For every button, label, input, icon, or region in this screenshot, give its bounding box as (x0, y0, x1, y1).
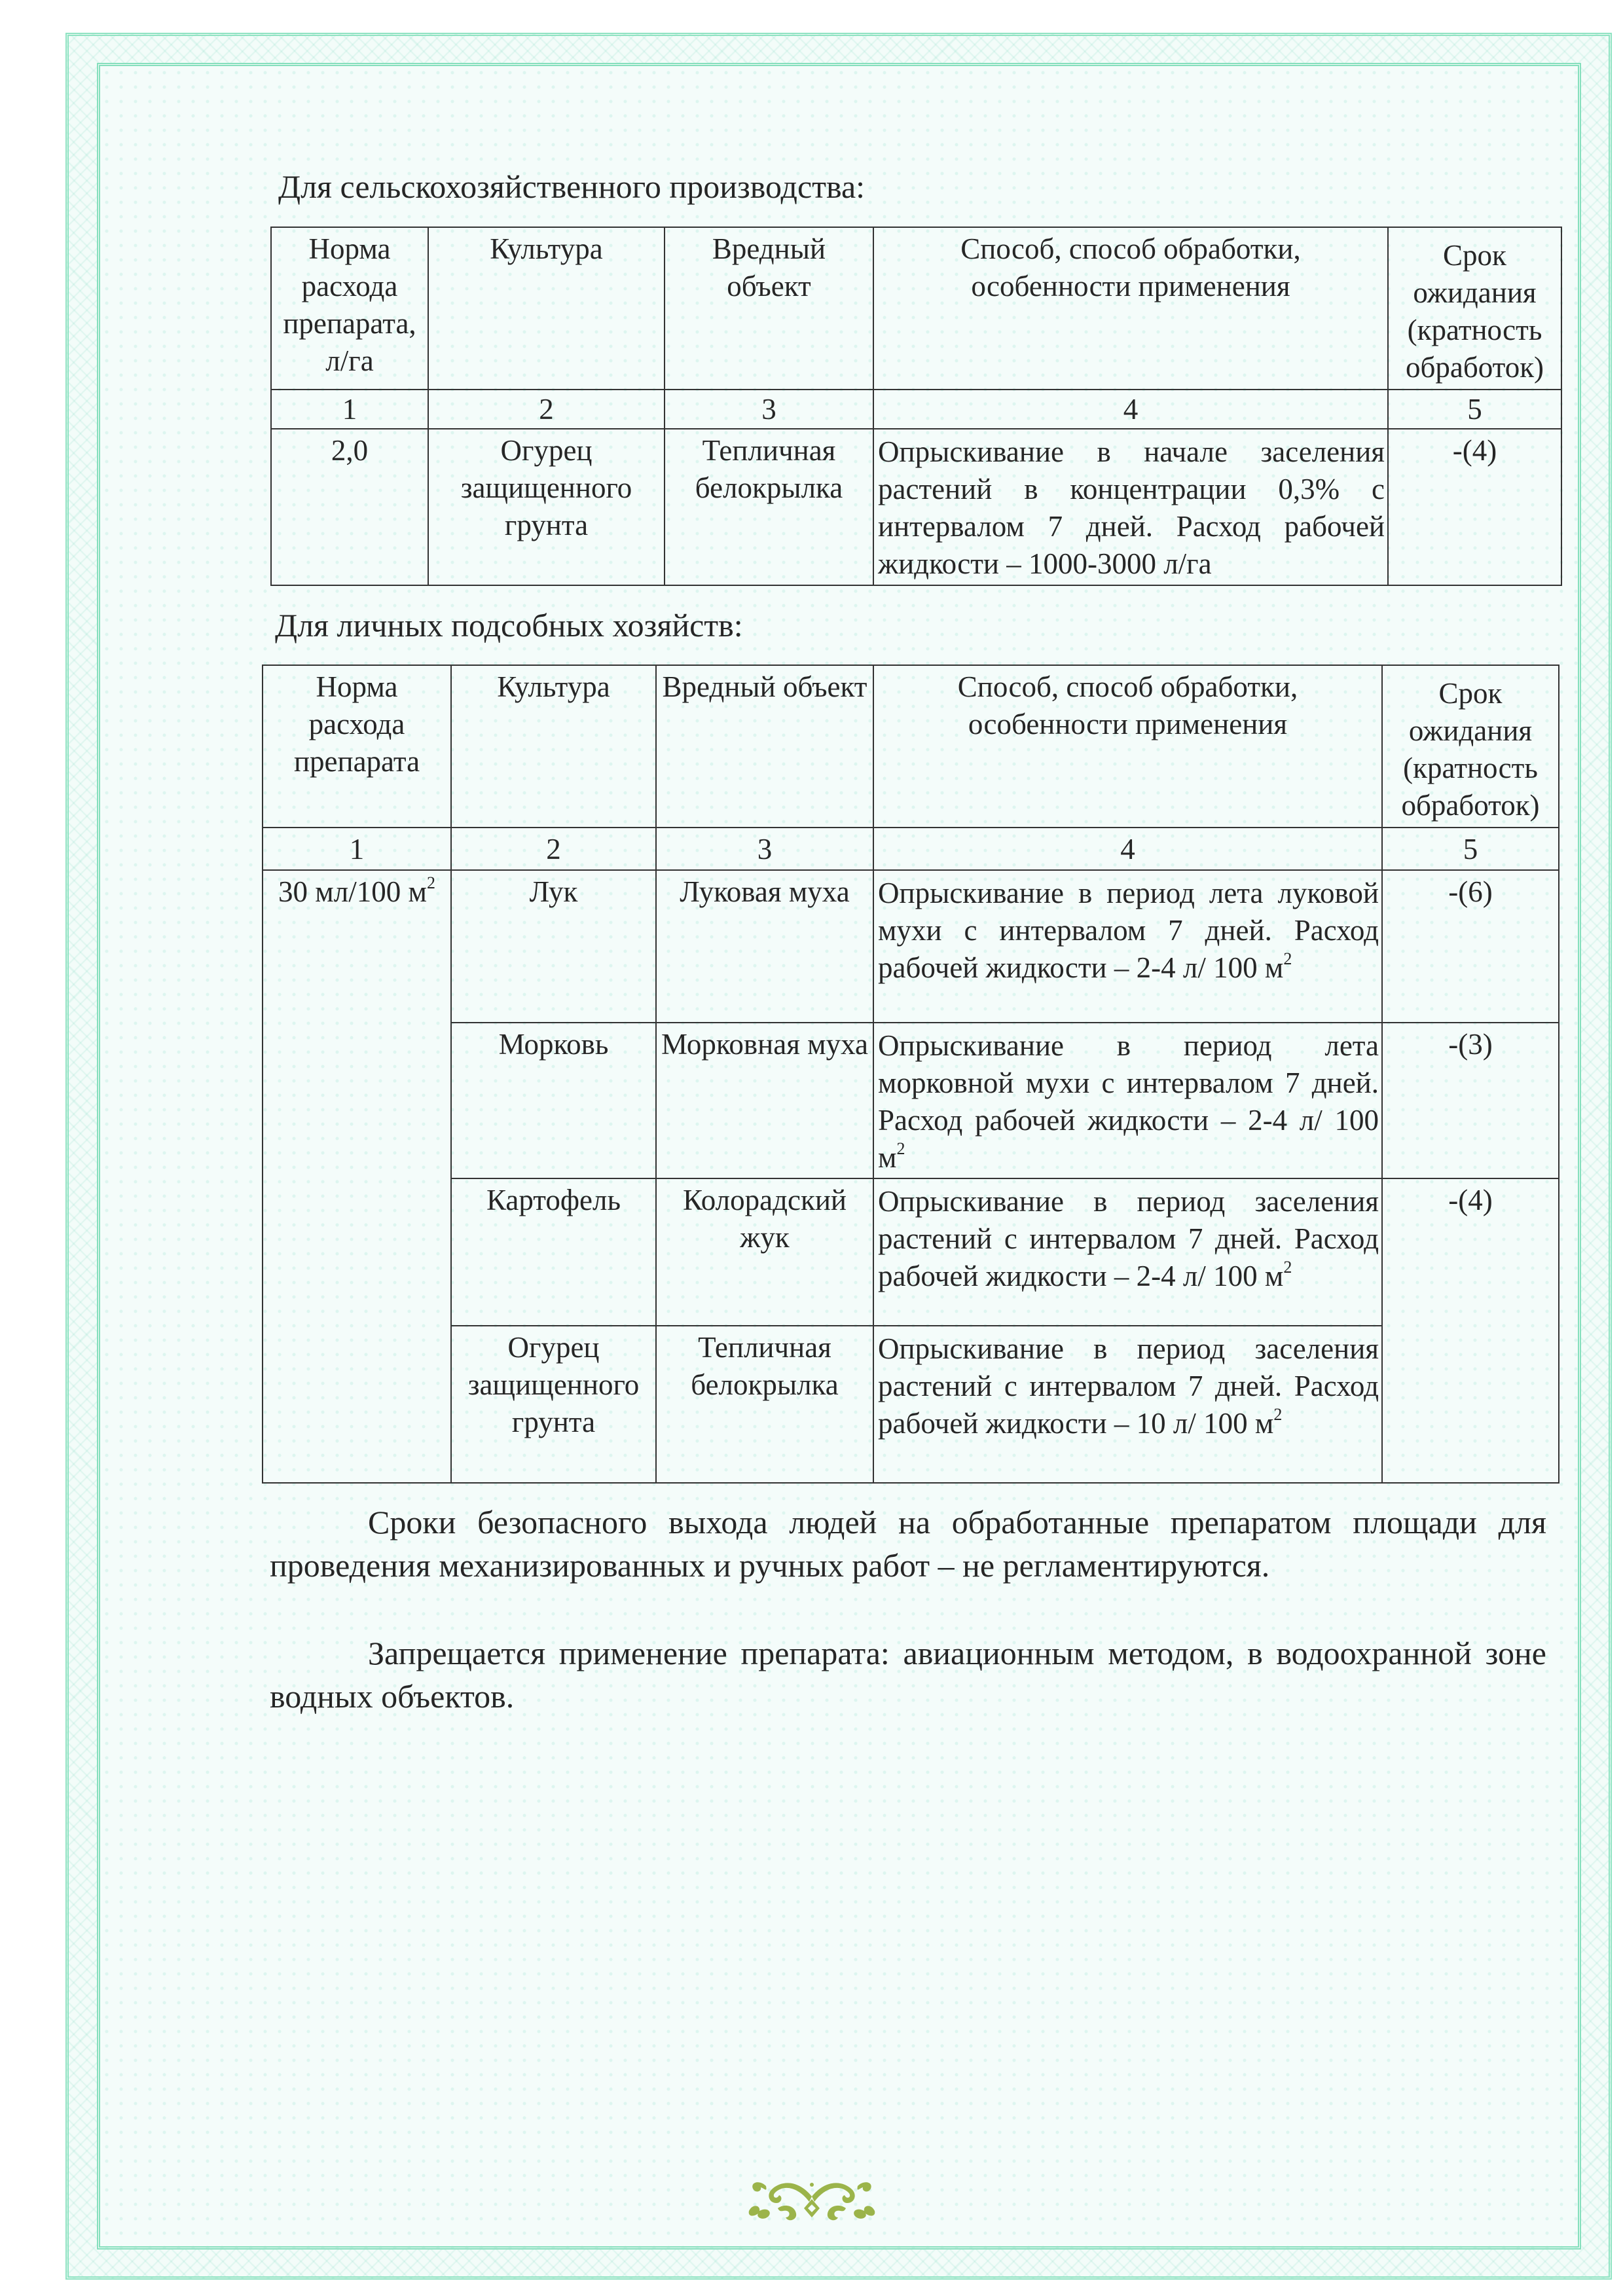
cell-waiting: -(4) (1388, 429, 1561, 585)
cell-pest: Тепличная белокрылка (665, 429, 873, 585)
header-crop: Культура (428, 227, 665, 390)
header-method: Способ, способ обработки, особенности пр… (873, 227, 1388, 390)
cell-waiting: -(6) (1382, 870, 1559, 1023)
column-number: 2 (451, 828, 656, 870)
cell-crop: Огурец защищенного грунта (451, 1326, 656, 1483)
section-heading-private: Для личных подсобных хозяйств: (275, 606, 743, 645)
cell-crop: Огурец защищенного грунта (428, 429, 665, 585)
method-superscript: 2 (1273, 1405, 1282, 1424)
method-superscript: 2 (1283, 949, 1292, 968)
table-row: Картофель Колорадский жук Опрыскивание в… (263, 1178, 1559, 1326)
header-rate: Норма расхода препарата, л/га (271, 227, 428, 390)
header-waiting: Срок ожидания (кратность обработок) (1388, 227, 1561, 390)
cell-waiting: -(3) (1382, 1023, 1559, 1178)
header-method: Способ, способ обработки, особенности пр… (873, 665, 1382, 828)
rate-superscript: 2 (427, 873, 435, 892)
section-heading-agricultural: Для сельскохозяйственного производства: (278, 167, 865, 206)
table-row: 30 мл/100 м2 Лук Луковая муха Опрыскиван… (263, 870, 1559, 1023)
column-number-row: 1 2 3 4 5 (271, 390, 1561, 429)
header-pest: Вредный объект (665, 227, 873, 390)
column-number-row: 1 2 3 4 5 (263, 828, 1559, 870)
rate-text: 30 мл/100 м (278, 875, 427, 908)
cell-crop: Морковь (451, 1023, 656, 1178)
safety-note: Сроки безопасного выхода людей на обрабо… (270, 1501, 1546, 1587)
column-number: 1 (263, 828, 451, 870)
column-number: 5 (1388, 390, 1561, 429)
column-number: 2 (428, 390, 665, 429)
cell-pest: Луковая муха (656, 870, 873, 1023)
header-waiting: Срок ожидания (кратность обработок) (1382, 665, 1559, 828)
method-text: Опрыскивание в период лета луковой мухи … (878, 877, 1379, 984)
cell-method: Опрыскивание в период лета морковной мух… (873, 1023, 1382, 1178)
floral-ornament-icon (746, 2177, 877, 2226)
cell-method: Опрыскивание в период заселения растений… (873, 1326, 1382, 1483)
table-row: 2,0 Огурец защищенного грунта Тепличная … (271, 429, 1561, 585)
column-number: 3 (656, 828, 873, 870)
cell-rate: 30 мл/100 м2 (263, 870, 451, 1483)
cell-waiting: -(4) (1382, 1178, 1559, 1483)
cell-crop: Лук (451, 870, 656, 1023)
table-row: Морковь Морковная муха Опрыскивание в пе… (263, 1023, 1559, 1178)
cell-method: Опрыскивание в период заселения растений… (873, 1178, 1382, 1326)
cell-pest: Колорадский жук (656, 1178, 873, 1326)
column-number: 4 (873, 828, 1382, 870)
header-crop: Культура (451, 665, 656, 828)
column-number: 4 (873, 390, 1388, 429)
prohibition-note: Запрещается применение препарата: авиаци… (270, 1631, 1546, 1718)
table-row: Огурец защищенного грунта Тепличная бело… (263, 1326, 1559, 1483)
table-agricultural: Норма расхода препарата, л/га Культура В… (270, 227, 1562, 586)
cell-method: Опрыскивание в период лета луковой мухи … (873, 870, 1382, 1023)
table-header-row: Норма расхода препарата, л/га Культура В… (271, 227, 1561, 390)
method-superscript: 2 (1283, 1258, 1292, 1277)
method-superscript: 2 (896, 1139, 905, 1158)
table-private-farms: Норма расхода препарата Культура Вредный… (262, 665, 1559, 1484)
cell-crop: Картофель (451, 1178, 656, 1326)
column-number: 3 (665, 390, 873, 429)
column-number: 1 (271, 390, 428, 429)
cell-pest: Морковная муха (656, 1023, 873, 1178)
cell-method: Опрыскивание в начале заселения растений… (873, 429, 1388, 585)
cell-pest: Тепличная белокрылка (656, 1326, 873, 1483)
cell-rate: 2,0 (271, 429, 428, 585)
table-header-row: Норма расхода препарата Культура Вредный… (263, 665, 1559, 828)
method-text: Опрыскивание в период лета морковной мух… (878, 1029, 1379, 1174)
header-pest: Вредный объект (656, 665, 873, 828)
method-text: Опрыскивание в период заселения растений… (878, 1332, 1379, 1440)
method-text: Опрыскивание в период заселения растений… (878, 1185, 1379, 1292)
column-number: 5 (1382, 828, 1559, 870)
header-rate: Норма расхода препарата (263, 665, 451, 828)
